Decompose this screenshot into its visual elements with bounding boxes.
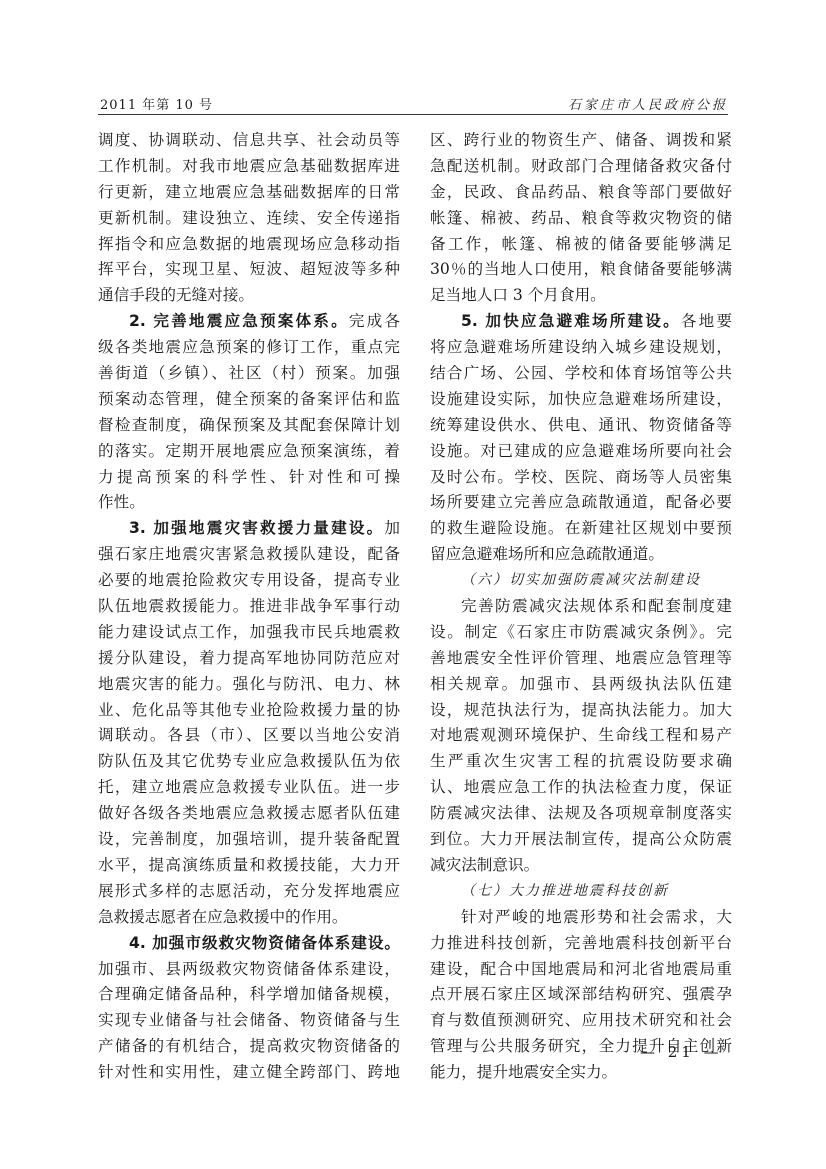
publication-title: 石家庄市人民政府公报 xyxy=(568,94,728,113)
body-line: 地震灾害的能力。强化与防汛、电力、林 xyxy=(98,672,400,698)
body-line: 生严重次生灾害工程的抗震设防要求确 xyxy=(430,749,732,775)
body-line: 防震减灾法律、法规及各项规章制度落实 xyxy=(430,801,732,827)
body-line: 足当地人口 3 个月食用。 xyxy=(430,283,732,309)
body-line: 力提高预案的科学性、针对性和可操 xyxy=(98,465,400,491)
section-4-title: 4. 加强市级救灾物资储备体系建设。 xyxy=(98,931,400,957)
body-line: 工作机制。对我市地震应急基础数据库进 xyxy=(98,154,400,180)
section-5-title: 5. 加快应急避难场所建设。 xyxy=(461,312,681,330)
body-line: 备工作，帐篷、棉被的储备要能够满足 xyxy=(430,232,732,258)
body-line: 通信手段的无缝对接。 xyxy=(98,283,400,309)
body-line: 统筹建设供水、供电、通讯、物资储备等 xyxy=(430,413,732,439)
body-line: 力推进科技创新，完善地震科技创新平台 xyxy=(430,931,732,957)
body-line: 产储备的有机结合，提高救灾物资储备的 xyxy=(98,1034,400,1060)
body-line: 挥平台，实现卫星、短波、超短波等多种 xyxy=(98,257,400,283)
body-line: 更新机制。建设独立、连续、安全传递指 xyxy=(98,206,400,232)
body-line: 设，完善制度，加强培训，提升装备配置 xyxy=(98,827,400,853)
body-line: 作性。 xyxy=(98,490,400,516)
left-column: 调度、协调联动、信息共享、社会动员等 工作机制。对我市地震应急基础数据库进 行更… xyxy=(98,128,400,1086)
body-line: 及时公布。学校、医院、商场等人员密集 xyxy=(430,465,732,491)
body-line: 相关规章。加强市、县两级执法队伍建 xyxy=(430,672,732,698)
body-line: 结合广场、公园、学校和体育场馆等公共 xyxy=(430,361,732,387)
body-line: 减灾法制意识。 xyxy=(430,853,732,879)
body-line: 调联动。各县（市）、区要以当地公安消 xyxy=(98,723,400,749)
body-line: 完善防震减灾法规体系和配套制度建 xyxy=(430,594,732,620)
body-line: 级各类地震应急预案的修订工作，重点完 xyxy=(98,335,400,361)
body-line: 设施。对已建成的应急避难场所要向社会 xyxy=(430,439,732,465)
section-3-text: 加 xyxy=(384,519,400,537)
body-line: 防队伍及其它优势专业应急救援队伍为依 xyxy=(98,749,400,775)
body-line: 调度、协调联动、信息共享、社会动员等 xyxy=(98,128,400,154)
right-column: 区、跨行业的物资生产、储备、调拨和紧 急配送机制。财政部门合理储备救灾备付 金，… xyxy=(430,128,732,1086)
body-line: 留应急避难场所和应急疏散通道。 xyxy=(430,542,732,568)
body-line: 强石家庄地震灾害紧急救援队建设，配备 xyxy=(98,542,400,568)
body-line: 设。制定《石家庄市防震减灾条例》。完 xyxy=(430,620,732,646)
section-2-heading-line: 2. 完善地震应急预案体系。完成各 xyxy=(98,309,400,335)
body-line: 水平，提高演练质量和救援技能，大力开 xyxy=(98,853,400,879)
body-line: 实现专业储备与社会储备、物资储备与生 xyxy=(98,1008,400,1034)
body-line: 业、危化品等其他专业抢险救援力量的协 xyxy=(98,698,400,724)
body-line: 针对严峻的地震形势和社会需求，大 xyxy=(430,905,732,931)
body-line: 善街道（乡镇）、社区（村）预案。加强 xyxy=(98,361,400,387)
body-line: 能力建设试点工作，加强我市民兵地震救 xyxy=(98,620,400,646)
body-line: 针对性和实用性，建立健全跨部门、跨地 xyxy=(98,1060,400,1086)
subsection-7-title: （七）大力推进地震科技创新 xyxy=(430,879,732,905)
body-line: 能力，提升地震安全实力。 xyxy=(430,1060,732,1086)
body-line: 到位。大力开展法制宣传，提高公众防震 xyxy=(430,827,732,853)
section-5-heading-line: 5. 加快应急避难场所建设。各地要 xyxy=(430,309,732,335)
body-line: 督检查制度，确保预案及其配套保障计划 xyxy=(98,413,400,439)
body-line: 30％的当地人口使用，粮食储备要能够满 xyxy=(430,257,732,283)
body-line: 预案动态管理，健全预案的备案评估和监 xyxy=(98,387,400,413)
body-line: 将应急避难场所建设纳入城乡建设规划， xyxy=(430,335,732,361)
body-line: 场所要建立完善应急疏散通道，配备必要 xyxy=(430,490,732,516)
body-line: 必要的地震抢险救灾专用设备，提高专业 xyxy=(98,568,400,594)
body-line: 加强市、县两级救灾物资储备体系建设， xyxy=(98,957,400,983)
body-line: 善地震安全性评价管理、地震应急管理等 xyxy=(430,646,732,672)
body-line: 合理确定储备品种，科学增加储备规模， xyxy=(98,982,400,1008)
body-line: 对地震观测环境保护、生命线工程和易产 xyxy=(430,723,732,749)
section-3-title: 3. 加强地震灾害救援力量建设。 xyxy=(129,519,384,537)
body-line: 急配送机制。财政部门合理储备救灾备付 xyxy=(430,154,732,180)
body-line: 建设，配合中国地震局和河北省地震局重 xyxy=(430,957,732,983)
body-line: 设施建设实际，加快应急避难场所建设， xyxy=(430,387,732,413)
section-2-title: 2. 完善地震应急预案体系。 xyxy=(129,312,349,330)
body-line: 做好各级各类地震应急救援志愿者队伍建 xyxy=(98,801,400,827)
body-line: 行更新，建立地震应急基础数据库的日常 xyxy=(98,180,400,206)
body-line: 帐篷、棉被、药品、粮食等救灾物资的储 xyxy=(430,206,732,232)
body-line: 区、跨行业的物资生产、储备、调拨和紧 xyxy=(430,128,732,154)
body-line: 托，建立地震应急救援专业队伍。进一步 xyxy=(98,775,400,801)
body-line: 急救援志愿者在应急救援中的作用。 xyxy=(98,905,400,931)
body-line: 的落实。定期开展地震应急预案演练，着 xyxy=(98,439,400,465)
section-2-text: 完成各 xyxy=(349,312,400,330)
section-3-heading-line: 3. 加强地震灾害救援力量建设。加 xyxy=(98,516,400,542)
subsection-6-title: （六）切实加强防震减灾法制建设 xyxy=(430,568,732,594)
running-header: 2011 年第 10 号 石家庄市人民政府公报 xyxy=(98,94,728,115)
body-line: 挥指令和应急数据的地震现场应急移动指 xyxy=(98,232,400,258)
body-line: 援分队建设，着力提高军地协同防范应对 xyxy=(98,646,400,672)
body-line: 展形式多样的志愿活动，充分发挥地震应 xyxy=(98,879,400,905)
body-line: 认、地震应急工作的执法检查力度，保证 xyxy=(430,775,732,801)
body-line: 设，规范执法行为，提高执法能力。加大 xyxy=(430,698,732,724)
issue-label: 2011 年第 10 号 xyxy=(100,94,213,113)
page-number: — 21 — xyxy=(640,1043,723,1061)
body-line: 金，民政、食品药品、粮食等部门要做好 xyxy=(430,180,732,206)
section-5-text: 各地要 xyxy=(681,312,732,330)
body-line: 育与数值预测研究、应用技术研究和社会 xyxy=(430,1008,732,1034)
body-line: 点开展石家庄区域深部结构研究、强震孕 xyxy=(430,982,732,1008)
body-line: 队伍地震救援能力。推进非战争军事行动 xyxy=(98,594,400,620)
body-line: 的救生避险设施。在新建社区规划中要预 xyxy=(430,516,732,542)
